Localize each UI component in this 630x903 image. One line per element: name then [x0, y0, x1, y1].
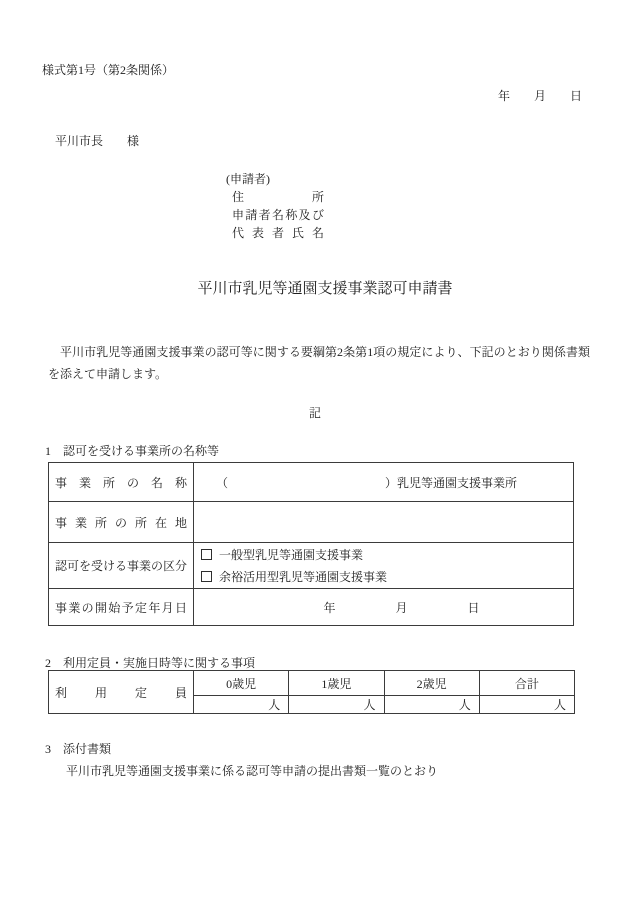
column-header-age0: 0歳児: [194, 671, 289, 696]
applicant-address-label: 住所: [232, 188, 324, 206]
option-general-type-label: 一般型乳児等通園支援事業: [219, 546, 363, 563]
column-header-age1: 1歳児: [289, 671, 384, 696]
applicant-heading: (申請者): [226, 170, 324, 188]
start-date-field[interactable]: 年 月 日: [194, 589, 574, 626]
option-general-type: 一般型乳児等通園支援事業: [201, 544, 573, 566]
section1-table: 事業所の名称 （）乳児等通園支援事業所 事業所の所在地 認可を受ける事業の区分 …: [48, 462, 574, 626]
capacity-age2-field[interactable]: 人: [384, 696, 479, 714]
table-row-office-address: 事業所の所在地: [49, 502, 574, 543]
date-line: 年 月 日: [498, 87, 582, 104]
office-name-suffix: ）乳児等通園支援事業所: [385, 476, 517, 490]
document-title: 平川市乳児等通園支援事業認可申請書: [0, 277, 630, 298]
section3-body: 平川市乳児等通園支援事業に係る認可等申請の提出書類一覧のとおり: [66, 762, 438, 779]
option-surplus-type-label: 余裕活用型乳児等通園支援事業: [219, 568, 387, 585]
capacity-age0-field[interactable]: 人: [194, 696, 289, 714]
capacity-label-cell: 利用定員: [49, 671, 194, 714]
capacity-total-field[interactable]: 人: [479, 696, 574, 714]
applicant-block: (申請者) 住所 申請者名称及び 代表者氏名: [226, 170, 324, 242]
office-address-label: 事業所の所在地: [55, 514, 187, 531]
open-paren: （: [216, 476, 228, 490]
business-category-label-cell: 認可を受ける事業の区分: [49, 543, 194, 589]
column-header-total: 合計: [479, 671, 574, 696]
checkbox-general-type[interactable]: [201, 549, 212, 560]
section3-heading: 3 添付書類: [45, 740, 111, 757]
body-paragraph: 平川市乳児等通園支援事業の認可等に関する要綱第2条第1項の規定により、下記のとお…: [48, 341, 590, 385]
table-row-start-date: 事業の開始予定年月日 年 月 日: [49, 589, 574, 626]
business-category-field: 一般型乳児等通園支援事業 余裕活用型乳児等通園支援事業: [194, 543, 574, 589]
table-row-age-headers: 利用定員 0歳児 1歳児 2歳児 合計: [49, 671, 575, 696]
office-name-field[interactable]: （）乳児等通園支援事業所: [194, 463, 574, 502]
document-page: 様式第1号（第2条関係） 年 月 日 平川市長 様 (申請者) 住所 申請者名称…: [0, 0, 630, 903]
applicant-name-label-line2: 代表者氏名: [232, 224, 324, 242]
office-address-field[interactable]: [194, 502, 574, 543]
capacity-age1-field[interactable]: 人: [289, 696, 384, 714]
applicant-name-label-line1: 申請者名称及び: [232, 206, 324, 224]
section2-heading: 2 利用定員・実施日時等に関する事項: [45, 654, 255, 671]
office-name-label: 事業所の名称: [55, 474, 187, 491]
section1-heading: 1 認可を受ける事業所の名称等: [45, 442, 219, 459]
checkbox-surplus-type[interactable]: [201, 571, 212, 582]
office-address-label-cell: 事業所の所在地: [49, 502, 194, 543]
section2-table: 利用定員 0歳児 1歳児 2歳児 合計 人 人 人 人: [48, 670, 575, 714]
form-number: 様式第1号（第2条関係）: [42, 61, 174, 78]
start-date-label-cell: 事業の開始予定年月日: [49, 589, 194, 626]
office-name-label-cell: 事業所の名称: [49, 463, 194, 502]
start-date-label: 事業の開始予定年月日: [55, 599, 187, 616]
column-header-age2: 2歳児: [384, 671, 479, 696]
business-category-label: 認可を受ける事業の区分: [55, 557, 187, 574]
table-row-office-name: 事業所の名称 （）乳児等通園支援事業所: [49, 463, 574, 502]
option-surplus-type: 余裕活用型乳児等通園支援事業: [201, 566, 573, 588]
capacity-label: 利用定員: [55, 684, 187, 701]
addressee: 平川市長 様: [55, 132, 139, 149]
record-marker: 記: [0, 404, 630, 421]
table-row-business-category: 認可を受ける事業の区分 一般型乳児等通園支援事業 余裕活用型乳児等通園支援事業: [49, 543, 574, 589]
